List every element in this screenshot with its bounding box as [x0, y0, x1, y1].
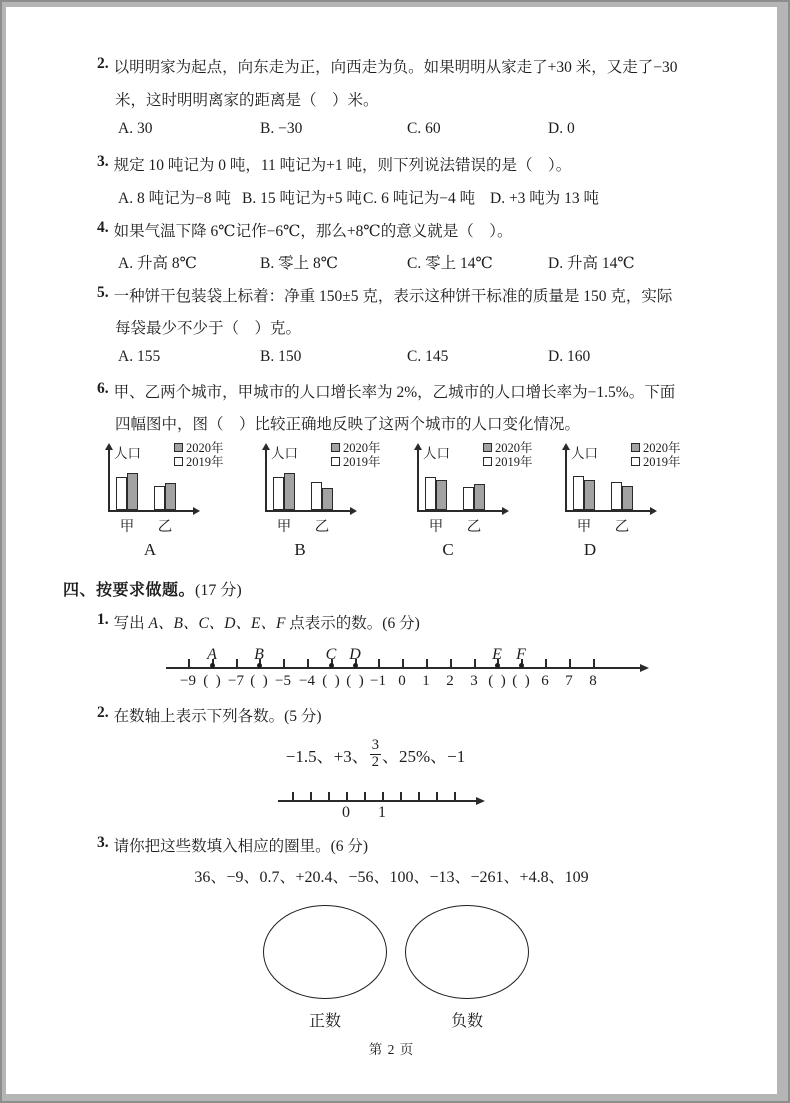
numbers-to-sort: 36、−9、0.7、+20.4、−56、100、−13、−261、+4.8、10… — [6, 864, 777, 887]
option-d: D. 升高 14℃ — [548, 251, 635, 273]
point-dot — [495, 663, 500, 668]
fraction-three-halves: 3 2 — [370, 738, 381, 771]
category-label: 甲 — [424, 515, 448, 536]
tick-label: 8 — [576, 673, 610, 690]
point-label-f: F — [511, 646, 531, 664]
tick-mark — [418, 792, 420, 800]
tick-mark — [450, 659, 452, 667]
chart-panel-letter-a: A — [135, 540, 165, 560]
option-b: B. 150 — [260, 348, 301, 366]
option-c: C. 60 — [407, 120, 441, 138]
question-2-line-1: 2. 以明明家为起点，向东走为正，向西走为负。如果明明从家走了+30 米，又走了… — [97, 55, 678, 77]
category-label: 乙 — [610, 515, 634, 536]
chart-panel-letter-d: D — [575, 540, 605, 560]
point-dot — [353, 663, 358, 668]
scanned-test-page: 2. 以明明家为起点，向东走为正，向西走为负。如果明明从家走了+30 米，又走了… — [6, 7, 777, 1094]
tick-mark — [569, 659, 571, 667]
tick-label-zero: 0 — [329, 804, 363, 822]
x-axis — [565, 510, 651, 512]
option-d: D. 0 — [548, 120, 575, 138]
bar-chart-c: 人口 2020年 2019年 甲 乙 — [407, 443, 557, 543]
question-5-line-2: 每袋最少不少于（ ）克。 — [115, 316, 301, 338]
tick-mark — [328, 792, 330, 800]
option-c: C. 零上 14℃ — [407, 251, 493, 273]
legend-swatch-2020 — [631, 443, 640, 452]
number-line-arrow — [476, 797, 485, 805]
plot-area — [267, 453, 357, 510]
question-3-line-1: 3. 规定 10 吨记为 0 吨，11 吨记为+1 吨，则下列说法错误的是（ ）… — [97, 153, 571, 175]
tick-mark — [426, 659, 428, 667]
bar-2019-yi — [463, 487, 474, 510]
plot-area — [419, 453, 509, 510]
question-5-options: A. 155 B. 150 C. 145 D. 160 — [118, 348, 768, 368]
x-axis-arrow — [502, 507, 509, 515]
question-6-line-2: 四幅图中，图（ ）比较正确地反映了这两个城市的人口变化情况。 — [115, 412, 580, 434]
tick-mark — [400, 792, 402, 800]
section-4-header: 四、按要求做题。 (17 分) — [63, 577, 242, 600]
category-label: 甲 — [115, 515, 139, 536]
option-d: D. 160 — [548, 348, 590, 366]
category-label: 甲 — [572, 515, 596, 536]
question-4-options: A. 升高 8℃ B. 零上 8℃ C. 零上 14℃ D. 升高 14℃ — [118, 251, 768, 271]
option-d: D. +3 吨为 13 吨 — [490, 186, 599, 208]
x-axis — [265, 510, 351, 512]
point-dot — [329, 663, 334, 668]
bar-chart-a: 人口 2020年 2019年 甲 乙 — [98, 443, 248, 543]
plot-area — [110, 453, 200, 510]
bar-2020-yi — [165, 483, 176, 510]
bar-2019-yi — [611, 482, 622, 510]
tick-mark — [346, 792, 348, 800]
category-label: 乙 — [462, 515, 486, 536]
bar-2019-jia — [425, 477, 436, 510]
x-axis-arrow — [650, 507, 657, 515]
negative-circle-label: 负数 — [432, 1008, 502, 1031]
number-line-1: −9 ( ) −7 ( ) −5 −4 ( ) ( ) −1 0 1 2 3 (… — [6, 637, 777, 699]
point-label-b: B — [249, 646, 269, 664]
question-2-options: A. 30 B. −30 C. 60 D. 0 — [118, 120, 768, 140]
tick-mark — [593, 659, 595, 667]
question-6-number: 6. — [97, 380, 109, 402]
tick-mark — [382, 792, 384, 800]
option-c: C. 145 — [407, 348, 448, 366]
point-dot — [257, 663, 262, 668]
bar-2020-jia — [284, 473, 295, 510]
bar-2020-jia — [584, 480, 595, 510]
positive-circle-label: 正数 — [290, 1008, 360, 1031]
question-3-number: 3. — [97, 153, 109, 175]
chart-panel-letter-c: C — [433, 540, 463, 560]
question-4-line-1: 4. 如果气温下降 6℃记作−6℃，那么+8℃的意义就是（ ）。 — [97, 219, 513, 241]
category-label: 乙 — [310, 515, 334, 536]
tick-mark — [236, 659, 238, 667]
bar-2019-yi — [154, 486, 165, 510]
tick-mark — [283, 659, 285, 667]
chart-panel-letter-b: B — [285, 540, 315, 560]
question-2-text: 以明明家为起点，向东走为正，向西走为负。如果明明从家走了+30 米，又走了−30 — [114, 55, 678, 77]
question-6-text: 甲、乙两个城市，甲城市的人口增长率为 2%，乙城市的人口增长率为−1.5%。下面 — [114, 380, 676, 402]
question-4-text: 如果气温下降 6℃记作−6℃，那么+8℃的意义就是（ ）。 — [114, 219, 513, 241]
section-4-item-1: 1. 写出 A、B、C、D、E、F 点表示的数。(6 分) — [97, 611, 420, 633]
number-line-axis — [166, 667, 640, 669]
legend-swatch-2020 — [331, 443, 340, 452]
question-5-line-1: 5. 一种饼干包装袋上标着：净重 150±5 克，表示这种饼干标准的质量是 15… — [97, 284, 672, 306]
question-4-number: 4. — [97, 219, 109, 241]
number-line-axis — [278, 800, 476, 802]
question-5-number: 5. — [97, 284, 109, 306]
x-axis — [417, 510, 503, 512]
numbers-to-plot: −1.5、+3、 3 2 、25%、−1 — [0, 738, 761, 771]
category-label: 甲 — [272, 515, 296, 536]
negative-numbers-circle — [405, 905, 529, 999]
option-b: B. 15 吨记为+5 吨 — [242, 186, 362, 208]
x-axis-arrow — [193, 507, 200, 515]
bar-2019-jia — [573, 476, 584, 510]
bar-2019-jia — [116, 477, 127, 510]
section-4-item-2: 2. 在数轴上表示下列各数。(5 分) — [97, 704, 322, 726]
tick-mark — [545, 659, 547, 667]
bar-2020-yi — [622, 486, 633, 510]
point-label-a: A — [202, 646, 222, 664]
legend-swatch-2020 — [174, 443, 183, 452]
bar-chart-d: 人口 2020年 2019年 甲 乙 — [555, 443, 705, 543]
bar-2019-jia — [273, 477, 284, 510]
question-2-number: 2. — [97, 55, 109, 77]
question-5-text: 一种饼干包装袋上标着：净重 150±5 克，表示这种饼干标准的质量是 150 克… — [114, 284, 673, 306]
tick-mark — [436, 792, 438, 800]
positive-numbers-circle — [263, 905, 387, 999]
option-a: A. 155 — [118, 348, 160, 366]
question-3-options: A. 8 吨记为−8 吨 B. 15 吨记为+5 吨 C. 6 吨记为−4 吨 … — [118, 186, 768, 206]
x-axis — [108, 510, 194, 512]
question-3-text: 规定 10 吨记为 0 吨，11 吨记为+1 吨，则下列说法错误的是（ ）。 — [114, 153, 572, 175]
bar-2020-jia — [436, 480, 447, 510]
tick-mark — [310, 792, 312, 800]
number-line-arrow — [640, 664, 649, 672]
x-axis-arrow — [350, 507, 357, 515]
legend-swatch-2020 — [483, 443, 492, 452]
question-6-line-1: 6. 甲、乙两个城市，甲城市的人口增长率为 2%，乙城市的人口增长率为−1.5%… — [97, 380, 675, 402]
point-label-c: C — [321, 646, 341, 664]
plot-area — [567, 453, 657, 510]
bar-2020-yi — [474, 484, 485, 510]
number-line-2: 0 1 — [6, 787, 777, 829]
option-a: A. 升高 8℃ — [118, 251, 197, 273]
bar-2020-jia — [127, 473, 138, 510]
tick-mark — [474, 659, 476, 667]
option-b: B. −30 — [260, 120, 302, 138]
tick-mark — [307, 659, 309, 667]
tick-mark — [378, 659, 380, 667]
tick-mark — [402, 659, 404, 667]
point-label-d: D — [345, 646, 365, 664]
option-a: A. 30 — [118, 120, 152, 138]
bar-chart-b: 人口 2020年 2019年 甲 乙 — [255, 443, 405, 543]
point-dot — [210, 663, 215, 668]
tick-mark — [188, 659, 190, 667]
section-4-item-3: 3. 请你把这些数填入相应的圈里。(6 分) — [97, 834, 368, 856]
page-number-footer: 第 2 页 — [6, 1038, 777, 1058]
bar-2019-yi — [311, 482, 322, 510]
tick-mark — [364, 792, 366, 800]
question-2-line-2: 米，这时明明离家的距离是（ ）米。 — [115, 88, 379, 110]
option-b: B. 零上 8℃ — [260, 251, 338, 273]
point-dot — [519, 663, 524, 668]
bar-2020-yi — [322, 488, 333, 510]
tick-mark — [292, 792, 294, 800]
tick-label-one: 1 — [365, 804, 399, 822]
option-c: C. 6 吨记为−4 吨 — [363, 186, 475, 208]
option-a: A. 8 吨记为−8 吨 — [118, 186, 231, 208]
tick-mark — [454, 792, 456, 800]
point-label-e: E — [487, 646, 507, 664]
category-label: 乙 — [153, 515, 177, 536]
